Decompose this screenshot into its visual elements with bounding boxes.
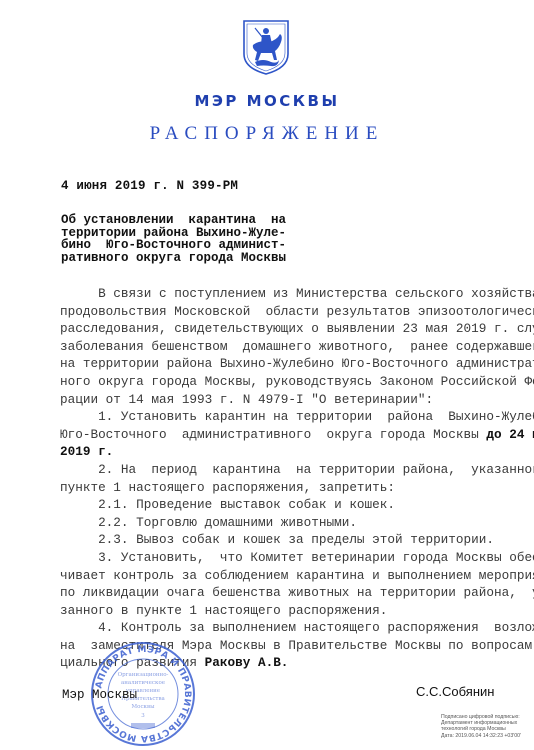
body-line: пункте 1 настоящего распоряжения, запрет… xyxy=(60,479,515,497)
body-text: 2.1. Проведение выставок собак и кошек. xyxy=(60,497,395,512)
body-line: ного округа города Москвы, руководствуяс… xyxy=(60,373,515,391)
body-text: 2. На период карантина на территории рай… xyxy=(60,462,534,477)
stamp-text: аналитическое xyxy=(121,680,165,686)
body-line: на территории района Выхино-Жулебино Юго… xyxy=(60,355,515,373)
responsible-person: Ракову А.В. xyxy=(205,655,289,670)
quarantine-deadline: 2019 г. xyxy=(60,444,113,459)
document-body: В связи с поступлением из Министерства с… xyxy=(60,285,515,672)
document-type-heading: РАСПОРЯЖЕНИЕ xyxy=(0,123,534,145)
digital-signature-note: Подписано цифровой подписью: Департамент… xyxy=(441,714,521,739)
digital-signature-line: Дата: 2019.06.04 14:32:23 +03'00' xyxy=(441,733,521,739)
subject-line: ративного округа города Москвы xyxy=(61,252,291,265)
body-line: 2.2. Торговлю домашними животными. xyxy=(60,514,515,532)
body-line: 2.1. Проведение выставок собак и кошек. xyxy=(60,496,515,514)
body-text: занного в пункте 1 настоящего распоряжен… xyxy=(60,603,387,618)
body-text: пункте 1 настоящего распоряжения, запрет… xyxy=(60,480,395,495)
body-line: 1. Установить карантин на территории рай… xyxy=(60,408,515,426)
signer-name: С.С.Собянин xyxy=(416,684,494,699)
body-text: по ликвидации очага бешенства животных н… xyxy=(60,585,534,600)
stamp-text: 3 xyxy=(141,713,145,719)
body-text: 2.3. Вывоз собак и кошек за пределы этой… xyxy=(60,532,494,547)
body-text: продовольствия Московской области резуль… xyxy=(60,304,534,319)
stamp-text: Москвы xyxy=(132,704,156,710)
body-text: заболевания бешенством домашнего животно… xyxy=(60,339,534,354)
subject-line: бино Юго-Восточного админист- xyxy=(61,239,291,252)
body-text: рации от 14 мая 1993 г. N 4979-I "О вете… xyxy=(60,392,433,407)
stamp-text: Организационно- xyxy=(118,672,169,678)
body-line: по ликвидации очага бешенства животных н… xyxy=(60,584,515,602)
body-line: 2.3. Вывоз собак и кошек за пределы этой… xyxy=(60,531,515,549)
body-line: рации от 14 мая 1993 г. N 4979-I "О вете… xyxy=(60,391,515,409)
body-text: 3. Установить, что Комитет ветеринарии г… xyxy=(60,550,534,565)
body-line: заболевания бешенством домашнего животно… xyxy=(60,338,515,356)
signer-title: Мэр Москвы xyxy=(62,688,137,702)
document-date-number: 4 июня 2019 г. N 399-РМ xyxy=(61,179,238,193)
body-line: 2. На период карантина на территории рай… xyxy=(60,461,515,479)
moscow-coat-of-arms-icon xyxy=(241,18,291,76)
body-text: 2.2. Торговлю домашними животными. xyxy=(60,515,357,530)
body-text: 4. Контроль за выполнением настоящего ра… xyxy=(60,620,534,635)
quarantine-deadline: до 24 июля xyxy=(486,427,534,442)
body-line: продовольствия Московской области резуль… xyxy=(60,303,515,321)
body-text: Юго-Восточного административного округа … xyxy=(60,427,486,442)
body-text: В связи с поступлением из Министерства с… xyxy=(60,286,534,301)
body-text: чивает контроль за соблюдением карантина… xyxy=(60,568,534,583)
body-text: ного округа города Москвы, руководствуяс… xyxy=(60,374,534,389)
body-line: чивает контроль за соблюдением карантина… xyxy=(60,567,515,585)
body-line: В связи с поступлением из Министерства с… xyxy=(60,285,515,303)
body-line: 4. Контроль за выполнением настоящего ра… xyxy=(60,619,515,637)
body-line: 3. Установить, что Комитет ветеринарии г… xyxy=(60,549,515,567)
body-text: расследования, свидетельствующих о выявл… xyxy=(60,321,534,336)
body-text: на территории района Выхино-Жулебино Юго… xyxy=(60,356,534,371)
authority-title: МЭР МОСКВЫ xyxy=(0,92,534,110)
subject-line: Об установлении карантина на xyxy=(61,214,291,227)
body-text: 1. Установить карантин на территории рай… xyxy=(60,409,534,424)
body-line: Юго-Восточного административного округа … xyxy=(60,426,515,444)
body-line: занного в пункте 1 настоящего распоряжен… xyxy=(60,602,515,620)
body-line: 2019 г. xyxy=(60,443,515,461)
document-subject: Об установлении карантина на территории … xyxy=(61,214,291,264)
body-line: расследования, свидетельствующих о выявл… xyxy=(60,320,515,338)
